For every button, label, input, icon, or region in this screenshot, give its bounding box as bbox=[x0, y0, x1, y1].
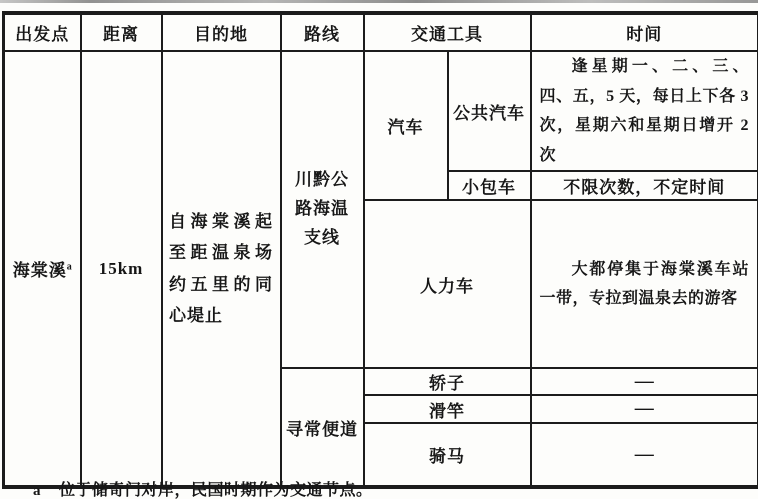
cell-time-slide-pole: — bbox=[531, 395, 758, 423]
header-departure: 出发点 bbox=[4, 13, 81, 51]
cell-time-rickshaw: 大都停集于海棠溪车站一带，专拉到温泉去的游客 bbox=[531, 200, 758, 368]
cell-transport-rickshaw: 人力车 bbox=[364, 200, 531, 368]
scanned-document-page: 出发点 距离 目的地 路线 交通工具 时间 海棠溪a 15km 自海棠溪起至距温… bbox=[0, 0, 758, 499]
footnote-text: 位于储奇门对岸，民国时期作为交通节点。 bbox=[59, 482, 373, 499]
footnote: a位于储奇门对岸，民国时期作为交通节点。 bbox=[33, 477, 373, 499]
cell-destination: 自海棠溪起至距温泉场约五里的同心堤止 bbox=[162, 51, 281, 487]
header-route: 路线 bbox=[281, 13, 364, 51]
time-public-bus-text: 逢星期一、二、三、四、五，5 天，每日上下各 3 次，星期六和星期日增开 2 次 bbox=[540, 52, 750, 170]
cell-transport-slide-pole: 滑竿 bbox=[364, 395, 531, 423]
cell-time-public-bus: 逢星期一、二、三、四、五，5 天，每日上下各 3 次，星期六和星期日增开 2 次 bbox=[531, 51, 758, 171]
cell-departure-point: 海棠溪a bbox=[4, 51, 81, 487]
row-public-bus: 海棠溪a 15km 自海棠溪起至距温泉场约五里的同心堤止 川黔公路海温支线 汽车… bbox=[4, 51, 758, 171]
table-header-row: 出发点 距离 目的地 路线 交通工具 时间 bbox=[4, 13, 758, 51]
cell-route-path: 寻常便道 bbox=[281, 368, 364, 487]
footnote-marker-superscript: a bbox=[67, 262, 72, 273]
transport-table: 出发点 距离 目的地 路线 交通工具 时间 海棠溪a 15km 自海棠溪起至距温… bbox=[2, 11, 758, 489]
cell-transport-public-bus: 公共汽车 bbox=[448, 51, 531, 171]
scan-artifact-line bbox=[0, 0, 758, 3]
header-time: 时间 bbox=[531, 13, 758, 51]
header-distance: 距离 bbox=[81, 13, 162, 51]
cell-transport-horse: 骑马 bbox=[364, 423, 531, 487]
cell-time-sedan-chair: — bbox=[531, 368, 758, 395]
destination-text: 自海棠溪起至距温泉场约五里的同心堤止 bbox=[169, 206, 273, 332]
footnote-marker: a bbox=[33, 483, 41, 499]
departure-name: 海棠溪 bbox=[13, 261, 67, 280]
route-highway-text: 川黔公路海温支线 bbox=[287, 166, 357, 253]
header-destination: 目的地 bbox=[162, 13, 281, 51]
cell-transport-car-group: 汽车 bbox=[364, 51, 448, 200]
header-transport: 交通工具 bbox=[364, 13, 531, 51]
cell-transport-sedan-chair: 轿子 bbox=[364, 368, 531, 395]
cell-route-highway: 川黔公路海温支线 bbox=[281, 51, 364, 368]
cell-transport-charter-car: 小包车 bbox=[448, 171, 531, 200]
cell-time-charter-car: 不限次数，不定时间 bbox=[531, 171, 758, 200]
cell-distance: 15km bbox=[81, 51, 162, 487]
time-rickshaw-text: 大都停集于海棠溪车站一带，专拉到温泉去的游客 bbox=[540, 255, 750, 314]
cell-time-horse: — bbox=[531, 423, 758, 487]
